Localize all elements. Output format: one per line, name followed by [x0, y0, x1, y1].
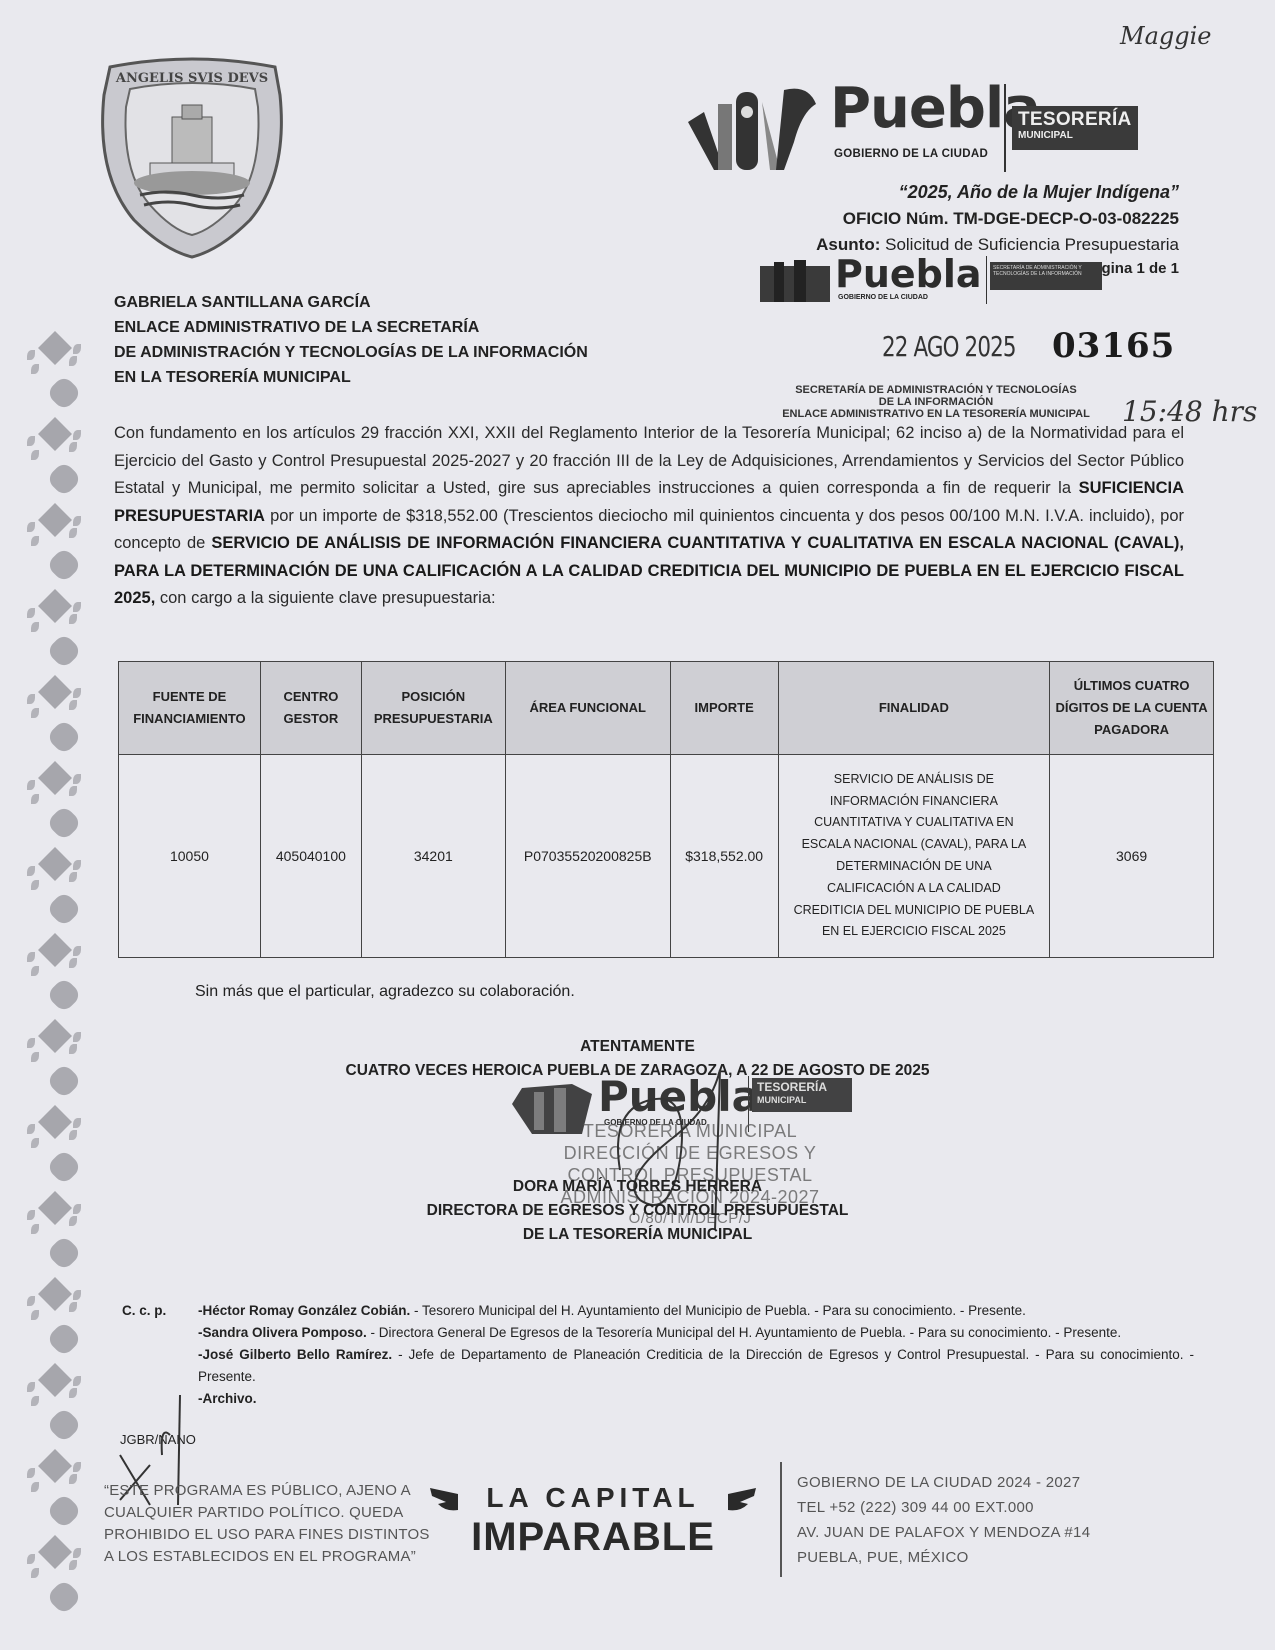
puebla-tesoreria-logo: Puebla GOBIERNO DE LA CIUDAD TESORERÍA M… — [684, 72, 1144, 172]
signer-title-2: DE LA TESORERÍA MUNICIPAL — [0, 1226, 1275, 1244]
footer-contact: GOBIERNO DE LA CIUDAD 2024 - 2027 TEL +5… — [797, 1470, 1090, 1570]
col-header: ÁREA FUNCIONAL — [505, 662, 670, 755]
document-page: ANGELIS SVIS DEVS Maggie Puebla GOBIERNO… — [0, 0, 1275, 1650]
addressee-block: GABRIELA SANTILLANA GARCÍA ENLACE ADMINI… — [114, 290, 588, 390]
col-header: FUENTE DE FINANCIAMIENTO — [119, 662, 261, 755]
decorative-motif — [23, 1018, 83, 1104]
city-illustration-icon — [684, 82, 824, 172]
received-date: 22 AGO 2025 — [882, 330, 1016, 363]
table-row: 10050 405040100 34201 P07035520200825B $… — [119, 755, 1214, 958]
ccp-entry: -Sandra Olivera Pomposo. - Directora Gen… — [198, 1322, 1194, 1344]
decorative-motif — [23, 1362, 83, 1448]
decorative-motif — [23, 588, 83, 674]
cell-importe: $318,552.00 — [670, 755, 778, 958]
col-header: FINALIDAD — [778, 662, 1050, 755]
cell-finalidad: SERVICIO DE ANÁLISIS DE INFORMACIÓN FINA… — [778, 755, 1050, 958]
col-header: IMPORTE — [670, 662, 778, 755]
decorative-motif — [23, 1534, 83, 1620]
col-header: POSICIÓN PRESUPUESTARIA — [361, 662, 505, 755]
wing-icon — [428, 1484, 464, 1514]
coat-of-arms-icon: ANGELIS SVIS DEVS — [90, 55, 295, 260]
decorative-motif — [23, 502, 83, 588]
footer-disclaimer: “ESTE PROGRAMA ES PÚBLICO, AJENO A CUALQ… — [104, 1480, 430, 1568]
received-stamp-logo: Puebla GOBIERNO DE LA CIUDAD SECRETARÍA … — [760, 256, 1120, 306]
col-header: ÚLTIMOS CUATRO DÍGITOS DE LA CUENTA PAGA… — [1050, 662, 1214, 755]
ccp-entry: -José Gilberto Bello Ramírez. - Jefe de … — [198, 1344, 1194, 1388]
tesoreria-badge: TESORERÍA MUNICIPAL — [1012, 106, 1138, 150]
cell-cuenta: 3069 — [1050, 755, 1214, 958]
svg-text:ANGELIS SVIS DEVS: ANGELIS SVIS DEVS — [115, 71, 268, 86]
decorative-border — [18, 330, 88, 1650]
signer-title: DIRECTORA DE EGRESOS Y CONTROL PRESUPUES… — [0, 1202, 1275, 1220]
logo-subtitle: GOBIERNO DE LA CIUDAD — [834, 148, 988, 160]
ccp-label: C. c. p. — [122, 1300, 166, 1322]
received-folio: 03165 — [1052, 326, 1175, 366]
decorative-motif — [23, 846, 83, 932]
decorative-motif — [23, 1276, 83, 1362]
decorative-motif — [23, 760, 83, 846]
wing-icon — [722, 1484, 758, 1514]
received-department: SECRETARÍA DE ADMINISTRACIÓN Y TECNOLOGÍ… — [766, 384, 1106, 420]
oficio-number: OFICIO Núm. TM-DGE-DECP-O-03-082225 — [816, 206, 1179, 232]
footer-divider — [780, 1462, 782, 1577]
decorative-motif — [23, 330, 83, 416]
capital-imparable-logo: LA CAPITAL IMPARABLE — [428, 1482, 758, 1572]
logo-wordmark: Puebla — [830, 76, 1040, 141]
ccp-entry: -Archivo. — [198, 1388, 1194, 1410]
decorative-motif — [23, 932, 83, 1018]
cell-area-funcional: P07035520200825B — [505, 755, 670, 958]
cell-centro-gestor: 405040100 — [260, 755, 361, 958]
decorative-motif — [23, 416, 83, 502]
year-motto: “2025, Año de la Mujer Indígena” — [816, 180, 1179, 204]
ccp-list: -Héctor Romay González Cobián. - Tesorer… — [198, 1300, 1194, 1410]
logo-divider — [1004, 84, 1006, 172]
body-paragraph: Con fundamento en los artículos 29 fracc… — [114, 420, 1184, 613]
decorative-motif — [23, 674, 83, 760]
addressee-title: ENLACE ADMINISTRATIVO DE LA SECRETARÍA — [114, 315, 588, 340]
signer-name: DORA MARÍA TORRES HERRERA — [0, 1178, 1275, 1196]
ccp-block: C. c. p. -Héctor Romay González Cobián. … — [122, 1300, 1194, 1410]
closing-line: Sin más que el particular, agradezco su … — [195, 983, 575, 1001]
addressee-name: GABRIELA SANTILLANA GARCÍA — [114, 290, 588, 315]
city-illustration-icon — [760, 260, 830, 302]
handwritten-note: Maggie — [1120, 22, 1212, 50]
col-header: CENTRO GESTOR — [260, 662, 361, 755]
table-header-row: FUENTE DE FINANCIAMIENTO CENTRO GESTOR P… — [119, 662, 1214, 755]
decorative-motif — [23, 1448, 83, 1534]
budget-key-table: FUENTE DE FINANCIAMIENTO CENTRO GESTOR P… — [118, 661, 1214, 958]
ccp-entry: -Héctor Romay González Cobián. - Tesorer… — [198, 1300, 1194, 1322]
cell-fuente: 10050 — [119, 755, 261, 958]
cell-posicion: 34201 — [361, 755, 505, 958]
